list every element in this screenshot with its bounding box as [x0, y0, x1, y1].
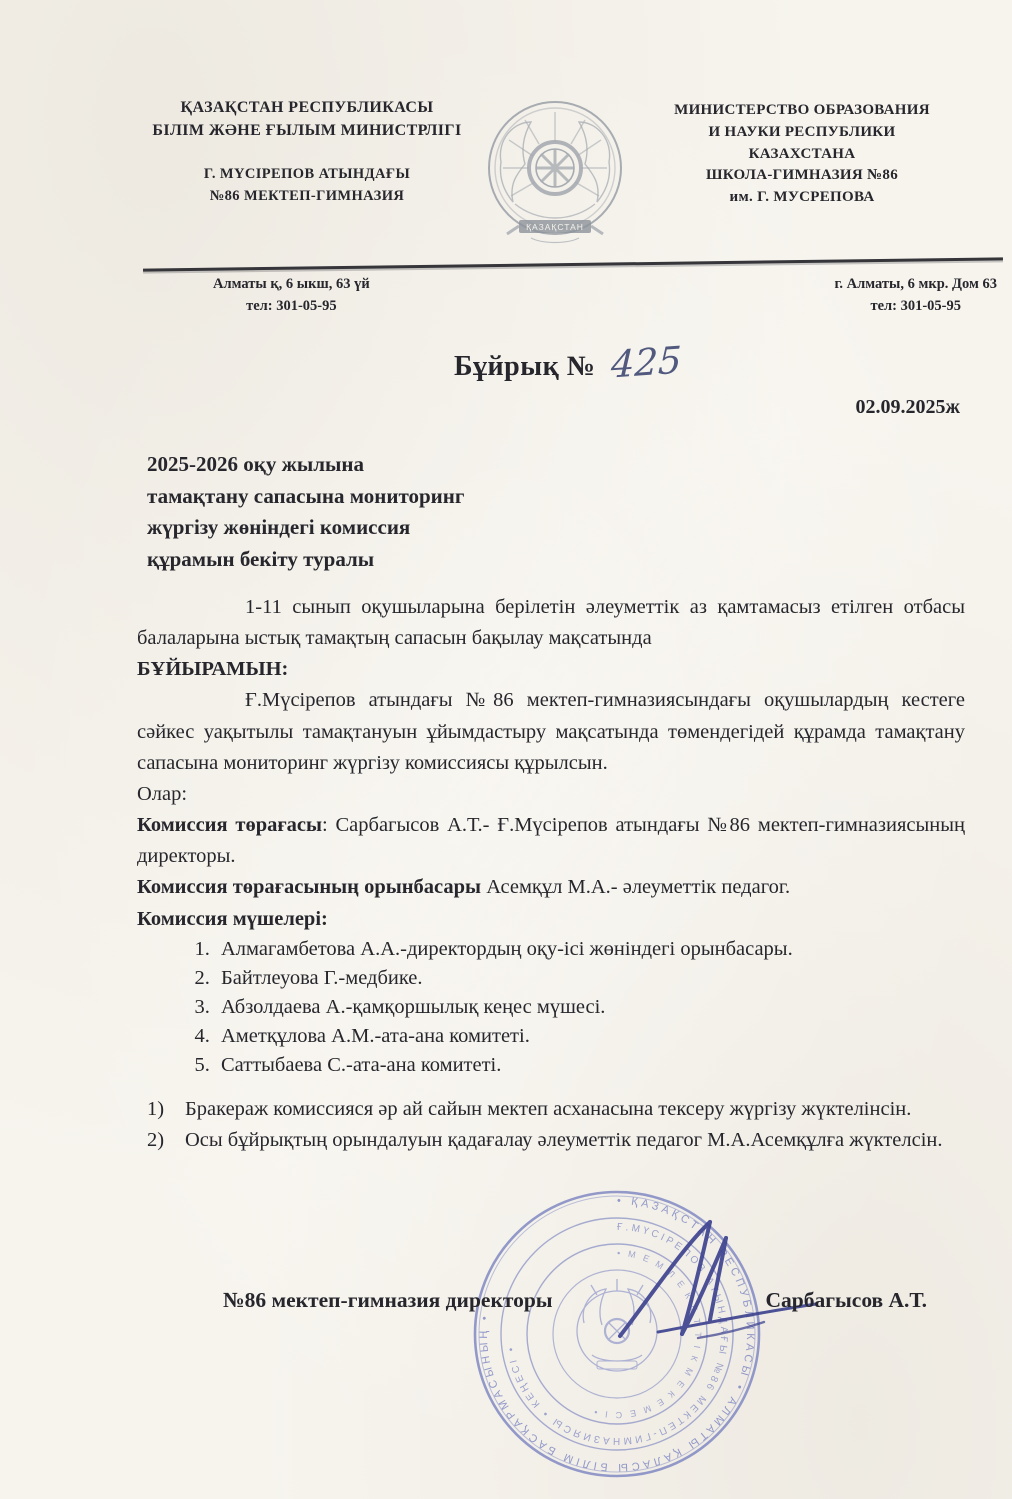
school-name-ru-line1: ШКОЛА-ГИМНАЗИЯ №86 [634, 165, 970, 187]
members-label: Комиссия мүшелері: [137, 904, 965, 935]
kazakhstan-coat-of-arms-icon: ҚАЗАҚСТАН [476, 92, 634, 260]
members-list: Алмагамбетова А.А.-директордың оқу-ісі ж… [137, 935, 965, 1081]
school-name-kk-line1: Г. МҮСІРЕПОВ АТЫНДАҒЫ [138, 164, 476, 186]
contact-block: Алматы қ, 6 ыкш, 63 үй тел: 301-05-95 г.… [143, 274, 1003, 318]
member-item: Алмагамбетова А.А.-директордың оқу-ісі ж… [215, 935, 965, 964]
resolution-item: 2) Осы бұйрықтың орындалуын қадағалау әл… [137, 1125, 965, 1156]
letterhead-kazakh-block: ҚАЗАҚСТАН РЕСПУБЛИКАСЫ БІЛІМ ЖӘНЕ ҒЫЛЫМ … [138, 96, 476, 208]
order-body: 1-11 сынып оқушыларына берілетін әлеумет… [137, 592, 965, 1156]
subject-line: тамақтану сапасына мониторинг [147, 481, 464, 513]
resolution-item: 1) Бракераж комиссияся әр ай сайын мекте… [137, 1094, 965, 1125]
address-russian: г. Алматы, 6 мкр. Дом 63 тел: 301-05-95 [834, 274, 997, 318]
org-name-ru-line3: КАЗАХСТАНА [634, 144, 970, 166]
address-ru-line: г. Алматы, 6 мкр. Дом 63 [834, 274, 997, 296]
phone-kk-line: тел: 301-05-95 [213, 296, 370, 318]
resolution-number: 2) [147, 1125, 185, 1156]
address-kazakh: Алматы қ, 6 ыкш, 63 үй тел: 301-05-95 [213, 274, 370, 318]
org-name-ru-line1: МИНИСТЕРСТВО ОБРАЗОВАНИЯ [634, 100, 970, 122]
order-title: Бұйрық № 425 [62, 341, 1012, 384]
deputy-label: Комиссия төрағасының орынбасары [137, 876, 481, 898]
member-item: Байтлеуова Г.-медбике. [215, 964, 965, 993]
chairman-label: Комиссия төрағасы [137, 814, 322, 836]
resolution-text: Бракераж комиссияся әр ай сайын мектеп а… [185, 1094, 965, 1125]
formation-paragraph: Ғ.Мүсірепов атындағы №86 мектеп-гимназия… [137, 685, 965, 778]
order-number-handwritten: 425 [611, 338, 683, 386]
letterhead-russian-block: МИНИСТЕРСТВО ОБРАЗОВАНИЯ И НАУКИ РЕСПУБЛ… [634, 96, 970, 209]
phone-ru-line: тел: 301-05-95 [834, 296, 997, 318]
resolutions-list: 1) Бракераж комиссияся әр ай сайын мекте… [137, 1094, 965, 1156]
deputy-text: Асемқұл М.А.- әлеуметтік педагог. [481, 876, 790, 898]
org-name-kk-line2: БІЛІМ ЖӘНЕ ҒЫЛЫМ МИНИСТРЛІГІ [138, 119, 476, 142]
intro-paragraph: 1-11 сынып оқушыларына берілетін әлеумет… [137, 592, 965, 654]
deputy-line: Комиссия төрағасының орынбасары Асемқұл … [137, 872, 965, 903]
scanned-order-document: ҚАЗАҚСТАН РЕСПУБЛИКАСЫ БІЛІМ ЖӘНЕ ҒЫЛЫМ … [0, 0, 1012, 1499]
member-item: Саттыбаева С.-ата-ана комитеті. [215, 1051, 965, 1080]
resolution-number: 1) [147, 1094, 185, 1125]
member-item: Абзолдаева А.-қамқоршылық кеңес мүшесі. [215, 993, 965, 1022]
subject-line: жүргізу жөніндегі комиссия [147, 512, 464, 544]
order-date: 02.09.2025ж [855, 396, 960, 419]
chairman-line: Комиссия төрағасы: Сарбагысов А.Т.- Ғ.Мү… [137, 810, 965, 872]
letterhead: ҚАЗАҚСТАН РЕСПУБЛИКАСЫ БІЛІМ ЖӘНЕ ҒЫЛЫМ … [138, 96, 970, 260]
emblem-banner-text: ҚАЗАҚСТАН [526, 222, 584, 232]
olar-line: Олар: [137, 779, 965, 810]
address-kk-line: Алматы қ, 6 ыкш, 63 үй [213, 274, 370, 296]
subject-line: құрамын бекіту туралы [147, 544, 464, 576]
order-subject: 2025-2026 оқу жылына тамақтану сапасына … [147, 449, 464, 575]
order-title-label: Бұйрық № [454, 351, 595, 383]
school-name-ru-line2: им. Г. МУСРЕПОВА [634, 187, 970, 209]
decree-word: БҰЙЫРАМЫН: [137, 654, 965, 685]
signature-row: №86 мектеп-гимназия директоры Сарбагысов… [137, 1288, 965, 1313]
signer-name: Сарбагысов А.Т. [766, 1288, 928, 1313]
org-name-kk-line1: ҚАЗАҚСТАН РЕСПУБЛИКАСЫ [138, 96, 476, 119]
signer-position: №86 мектеп-гимназия директоры [223, 1288, 553, 1313]
resolution-text: Осы бұйрықтың орындалуын қадағалау әлеум… [185, 1125, 965, 1156]
org-name-ru-line2: И НАУКИ РЕСПУБЛИКИ [634, 122, 970, 144]
school-name-kk-line2: №86 МЕКТЕП-ГИМНАЗИЯ [138, 186, 476, 208]
member-item: Аметқұлова А.М.-ата-ана комитеті. [215, 1022, 965, 1051]
subject-line: 2025-2026 оқу жылына [147, 449, 464, 481]
